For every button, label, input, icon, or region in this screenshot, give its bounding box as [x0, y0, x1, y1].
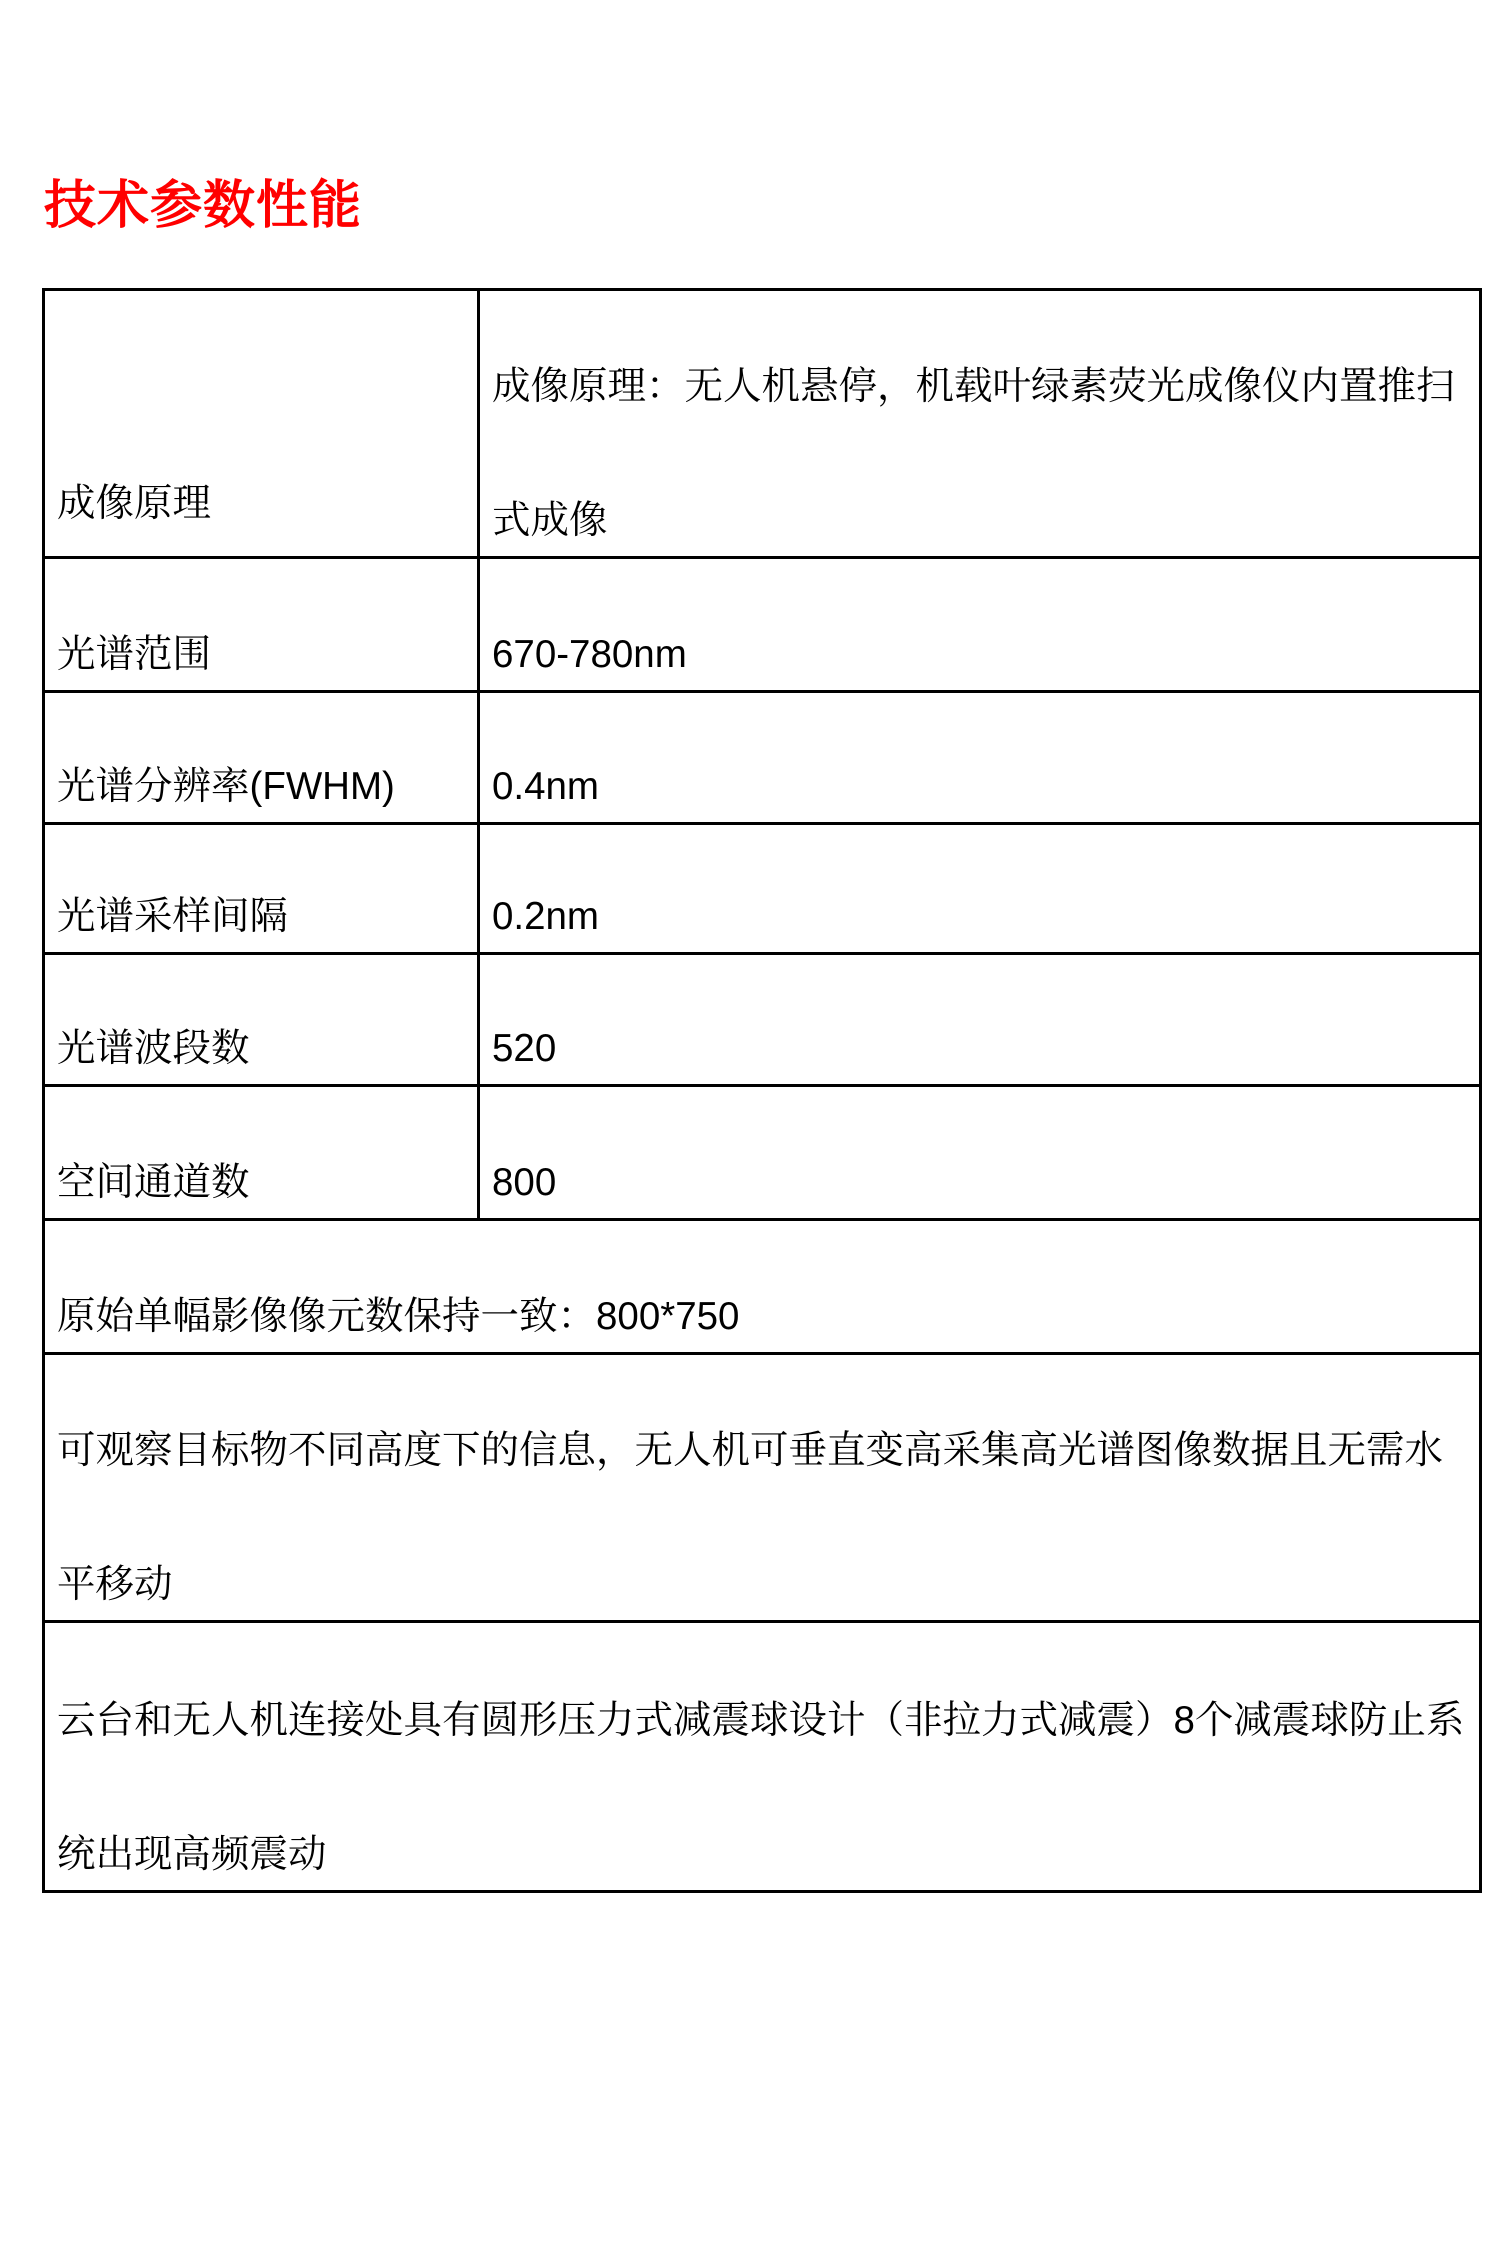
spec-note: 原始单幅影像像元数保持一致：800*750: [57, 1250, 1473, 1354]
spec-value-cell: 800: [479, 1086, 1481, 1220]
spec-value-cell: 成像原理：无人机悬停，机载叶绿素荧光成像仪内置推扫式成像: [479, 290, 1481, 558]
document-page: 技术参数性能 成像原理 成像原理：无人机悬停，机载叶绿素荧光成像仪内置推扫式成像…: [0, 0, 1512, 2268]
spec-label: 光谱分辨率(FWHM): [57, 720, 471, 824]
spec-label-cell: 成像原理: [44, 290, 479, 558]
spec-note: 云台和无人机连接处具有圆形压力式减震球设计（非拉力式减震）8个减震球防止系统出现…: [57, 1654, 1473, 1892]
spec-label-cell: 光谱分辨率(FWHM): [44, 692, 479, 824]
spec-label: 光谱范围: [57, 588, 471, 692]
spec-label: 光谱波段数: [57, 982, 471, 1086]
spec-value: 0.2nm: [492, 850, 1473, 954]
spec-value: 成像原理：无人机悬停，机载叶绿素荧光成像仪内置推扫式成像: [492, 320, 1473, 558]
table-row: 空间通道数 800: [44, 1086, 1481, 1220]
spec-value-cell: 0.4nm: [479, 692, 1481, 824]
spec-label: 成像原理: [57, 454, 471, 554]
spec-value: 0.4nm: [492, 720, 1473, 824]
spec-value-cell: 670-780nm: [479, 558, 1481, 692]
table-row: 光谱采样间隔 0.2nm: [44, 824, 1481, 954]
table-row: 可观察目标物不同高度下的信息，无人机可垂直变高采集高光谱图像数据且无需水平移动: [44, 1354, 1481, 1622]
spec-label-cell: 光谱采样间隔: [44, 824, 479, 954]
spec-label-cell: 光谱范围: [44, 558, 479, 692]
table-row: 云台和无人机连接处具有圆形压力式减震球设计（非拉力式减震）8个减震球防止系统出现…: [44, 1622, 1481, 1892]
spec-table: 成像原理 成像原理：无人机悬停，机载叶绿素荧光成像仪内置推扫式成像 光谱范围 6…: [42, 288, 1482, 1893]
spec-value-cell: 520: [479, 954, 1481, 1086]
spec-label-cell: 光谱波段数: [44, 954, 479, 1086]
spec-fullwidth-cell: 原始单幅影像像元数保持一致：800*750: [44, 1220, 1481, 1354]
spec-label: 空间通道数: [57, 1116, 471, 1220]
spec-value: 800: [492, 1116, 1473, 1220]
spec-note: 可观察目标物不同高度下的信息，无人机可垂直变高采集高光谱图像数据且无需水平移动: [57, 1384, 1473, 1622]
spec-label: 光谱采样间隔: [57, 850, 471, 954]
spec-value: 520: [492, 982, 1473, 1086]
spec-fullwidth-cell: 可观察目标物不同高度下的信息，无人机可垂直变高采集高光谱图像数据且无需水平移动: [44, 1354, 1481, 1622]
table-row: 原始单幅影像像元数保持一致：800*750: [44, 1220, 1481, 1354]
table-row: 光谱分辨率(FWHM) 0.4nm: [44, 692, 1481, 824]
table-row: 光谱范围 670-780nm: [44, 558, 1481, 692]
page-title: 技术参数性能: [44, 178, 362, 235]
table-row: 光谱波段数 520: [44, 954, 1481, 1086]
spec-value: 670-780nm: [492, 588, 1473, 692]
spec-value-cell: 0.2nm: [479, 824, 1481, 954]
spec-fullwidth-cell: 云台和无人机连接处具有圆形压力式减震球设计（非拉力式减震）8个减震球防止系统出现…: [44, 1622, 1481, 1892]
spec-label-cell: 空间通道数: [44, 1086, 479, 1220]
table-row: 成像原理 成像原理：无人机悬停，机载叶绿素荧光成像仪内置推扫式成像: [44, 290, 1481, 558]
